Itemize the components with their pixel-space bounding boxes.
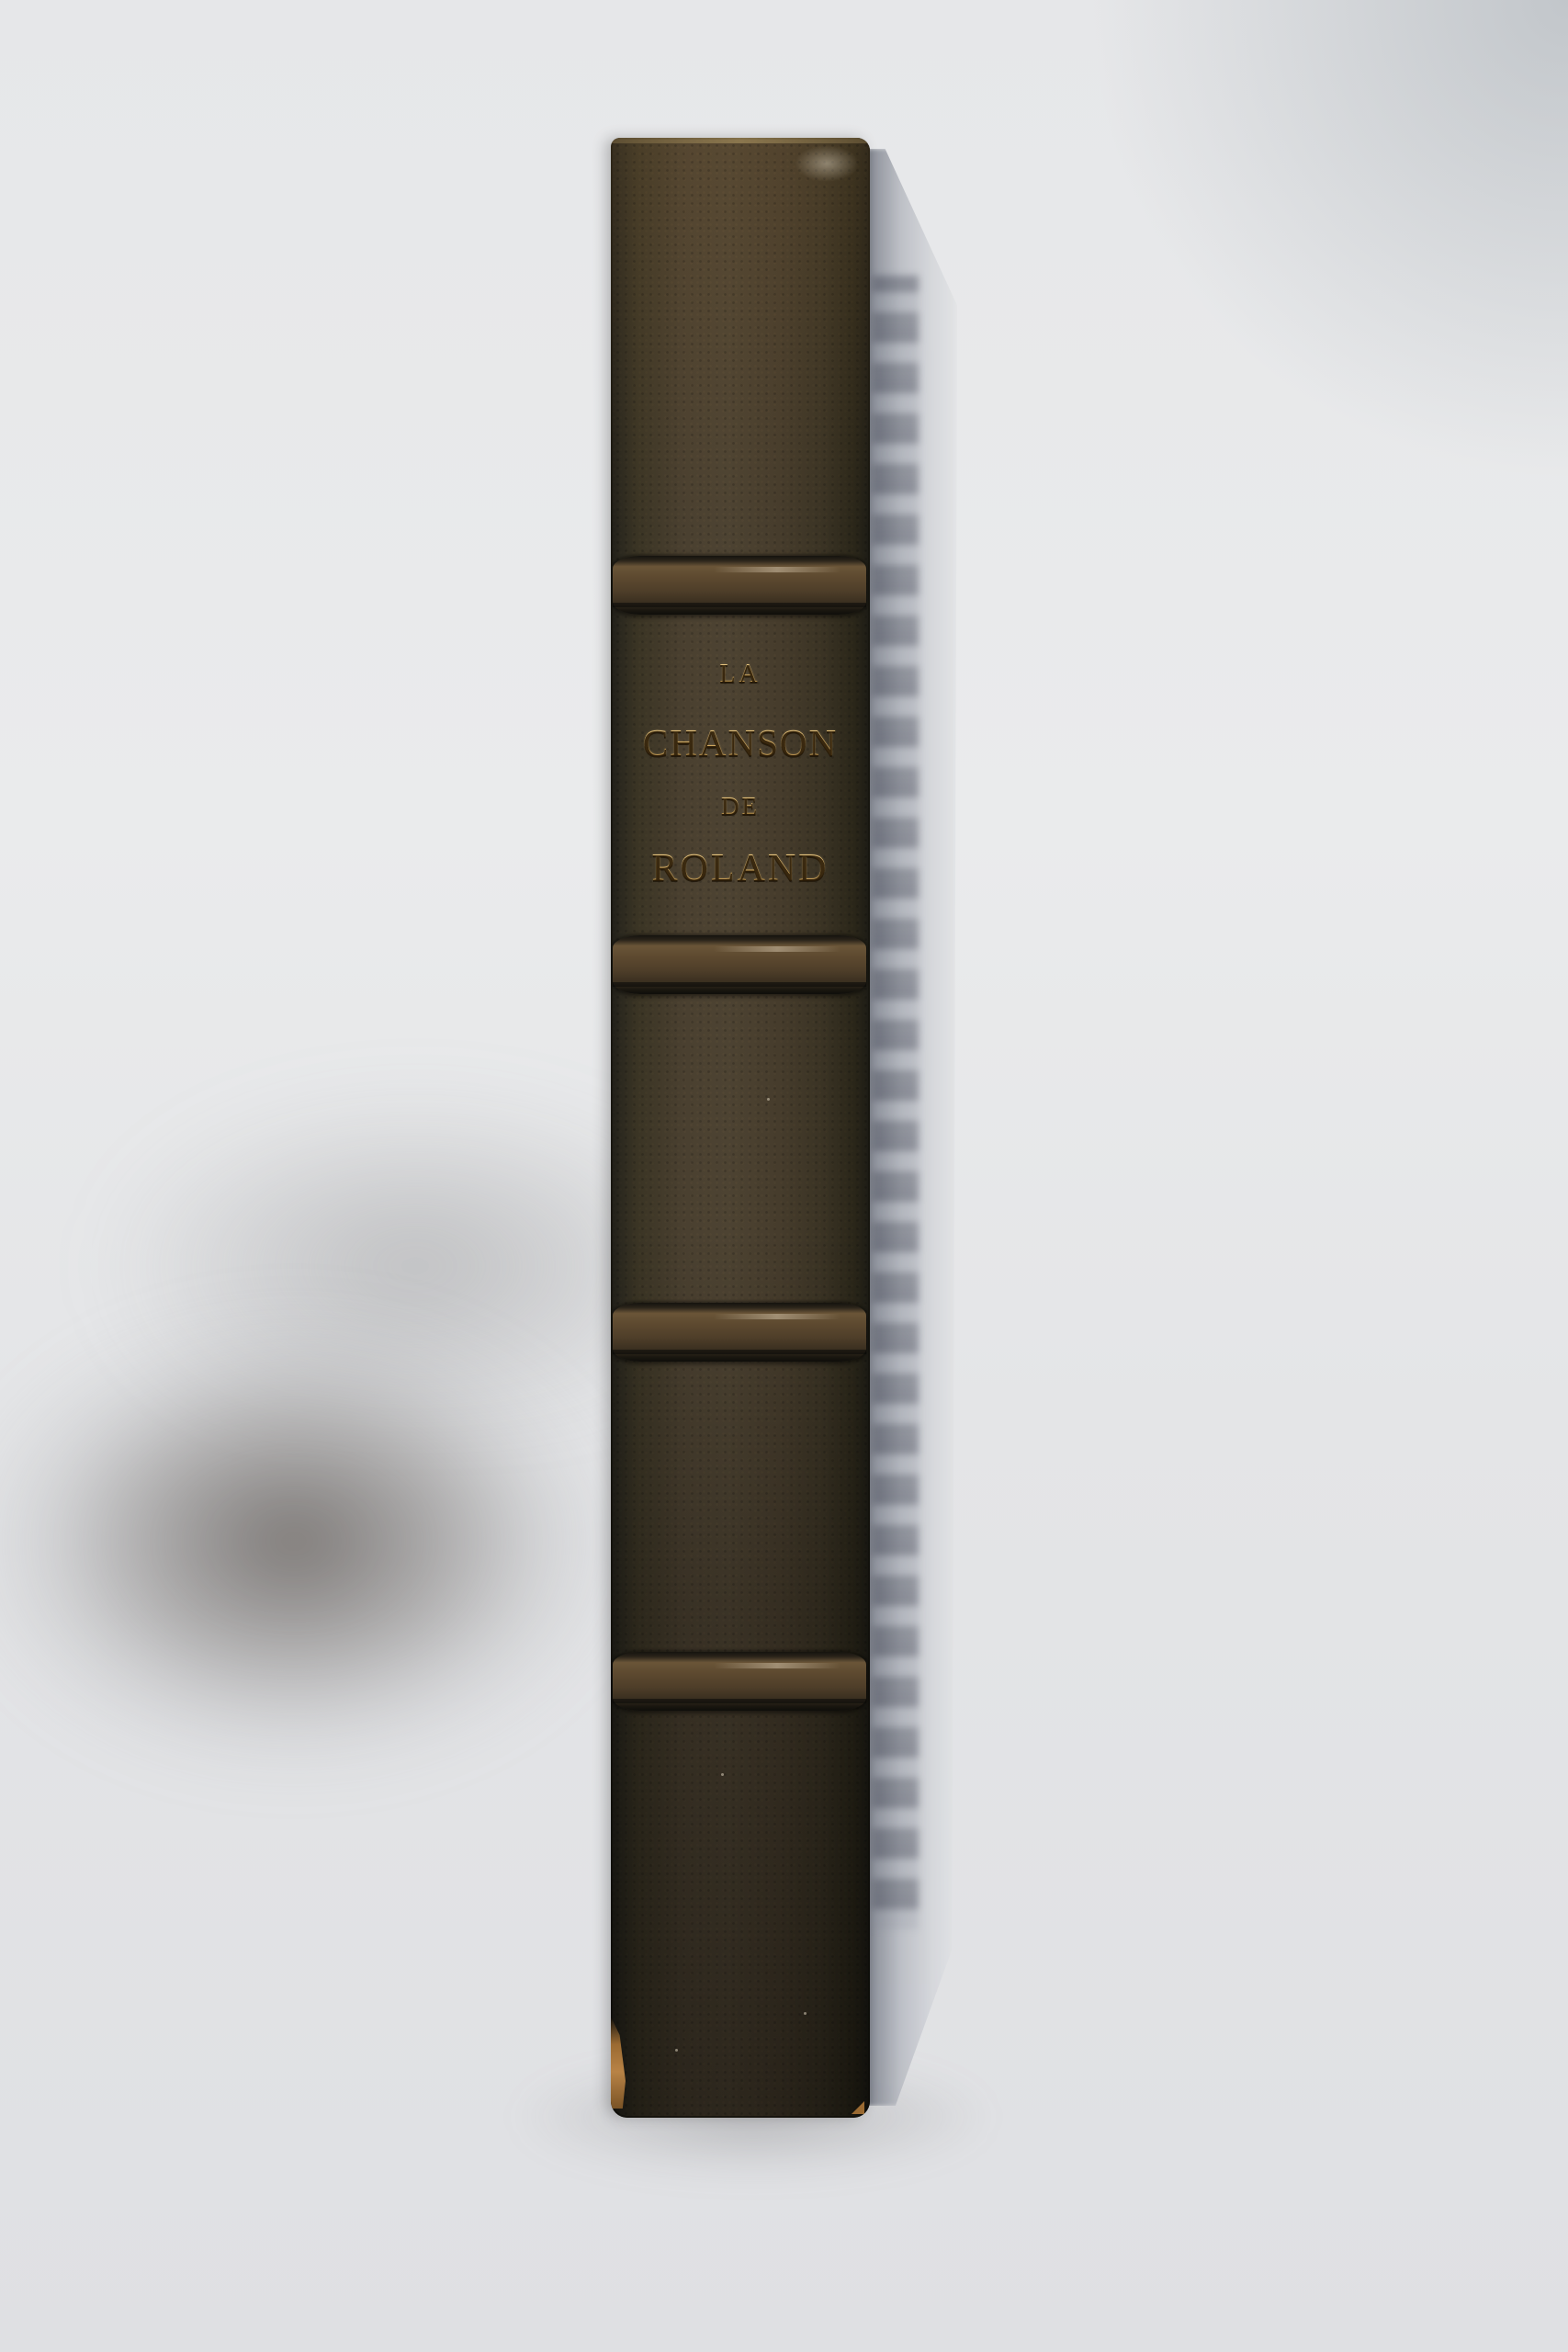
leather-highlight	[795, 145, 859, 182]
leather-scuff	[721, 1773, 724, 1776]
title-line-chanson: CHANSON	[611, 724, 870, 762]
spine-headcap	[611, 138, 870, 143]
title-line-roland: ROLAND	[611, 849, 870, 888]
worn-corner-tail-right	[852, 2101, 864, 2114]
raised-band-4	[613, 1652, 866, 1711]
title-line-la: LA	[611, 661, 870, 687]
raised-band-1	[613, 556, 866, 615]
raised-band-3	[613, 1303, 866, 1362]
worn-corner-tail-left	[611, 2017, 626, 2109]
book-cast-shadow	[0, 1268, 643, 1837]
title-line-de: DE	[611, 794, 870, 819]
marbled-board-edge	[873, 276, 919, 1929]
leather-scuff	[675, 2049, 678, 2052]
raised-band-2	[613, 935, 866, 994]
leather-scuff	[804, 2012, 807, 2015]
leather-scuff	[767, 1098, 770, 1101]
book-spine: LA CHANSON DE ROLAND	[611, 138, 870, 2118]
